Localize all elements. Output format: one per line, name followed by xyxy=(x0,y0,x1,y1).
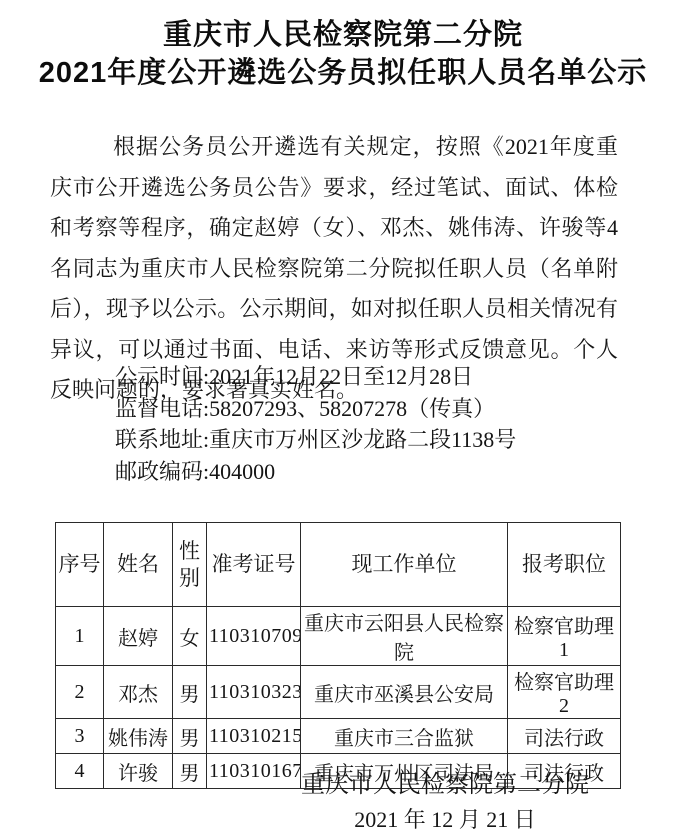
cell-ticket-number: 11031070928 xyxy=(207,607,301,666)
issuing-authority-signature: 重庆市人民检察院第二分院 xyxy=(205,770,685,800)
cell-ticket-number: 11031021529 xyxy=(207,719,301,754)
cell-gender: 男 xyxy=(173,754,207,789)
cell-name: 姚伟涛 xyxy=(104,719,173,754)
cell-name: 邓杰 xyxy=(104,666,173,719)
cell-seq: 4 xyxy=(56,754,104,789)
issue-date: 2021 年 12 月 21 日 xyxy=(205,805,685,832)
cell-gender: 女 xyxy=(173,607,207,666)
header-name: 姓名 xyxy=(104,523,173,607)
title-line-2: 2021年度公开遴选公务员拟任职人员名单公示 xyxy=(0,54,686,92)
cell-seq: 1 xyxy=(56,607,104,666)
contact-info-block: 公示时间:2021年12月22日至12月28日 监督电话:58207293、58… xyxy=(115,361,635,487)
table-row: 2 邓杰 男 11031032318 重庆市巫溪县公安局 检察官助理2 xyxy=(56,666,621,719)
cell-name: 赵婷 xyxy=(104,607,173,666)
cell-applied-position: 检察官助理1 xyxy=(508,607,621,666)
table-row: 1 赵婷 女 11031070928 重庆市云阳县人民检察院 检察官助理1 xyxy=(56,607,621,666)
title-line-1: 重庆市人民检察院第二分院 xyxy=(0,16,686,54)
cell-current-unit: 重庆市三合监狱 xyxy=(301,719,508,754)
info-line-postal-code: 邮政编码:404000 xyxy=(115,456,635,488)
table-header-row: 序号 姓名 性别 准考证号 现工作单位 报考职位 xyxy=(56,523,621,607)
cell-name: 许骏 xyxy=(104,754,173,789)
table-row: 3 姚伟涛 男 11031021529 重庆市三合监狱 司法行政 xyxy=(56,719,621,754)
cell-seq: 2 xyxy=(56,666,104,719)
header-gender: 性别 xyxy=(173,523,207,607)
info-line-supervision-phone: 监督电话:58207293、58207278（传真） xyxy=(115,393,635,425)
cell-seq: 3 xyxy=(56,719,104,754)
cell-gender: 男 xyxy=(173,666,207,719)
header-ticket-number: 准考证号 xyxy=(207,523,301,607)
header-current-unit: 现工作单位 xyxy=(301,523,508,607)
header-seq: 序号 xyxy=(56,523,104,607)
cell-current-unit: 重庆市云阳县人民检察院 xyxy=(301,607,508,666)
document-title: 重庆市人民检察院第二分院 2021年度公开遴选公务员拟任职人员名单公示 xyxy=(0,16,686,92)
info-line-publicity-period: 公示时间:2021年12月22日至12月28日 xyxy=(115,361,635,393)
info-line-contact-address: 联系地址:重庆市万州区沙龙路二段1138号 xyxy=(115,424,635,456)
cell-ticket-number: 11031032318 xyxy=(207,666,301,719)
announcement-document: 重庆市人民检察院第二分院 2021年度公开遴选公务员拟任职人员名单公示 根据公务… xyxy=(0,0,686,832)
cell-applied-position: 司法行政 xyxy=(508,719,621,754)
document-footer: 重庆市人民检察院第二分院 2021 年 12 月 21 日 xyxy=(205,770,685,832)
cell-gender: 男 xyxy=(173,719,207,754)
cell-applied-position: 检察官助理2 xyxy=(508,666,621,719)
cell-current-unit: 重庆市巫溪县公安局 xyxy=(301,666,508,719)
candidate-roster-table: 序号 姓名 性别 准考证号 现工作单位 报考职位 1 赵婷 女 11031070… xyxy=(55,522,621,789)
header-applied-position: 报考职位 xyxy=(508,523,621,607)
